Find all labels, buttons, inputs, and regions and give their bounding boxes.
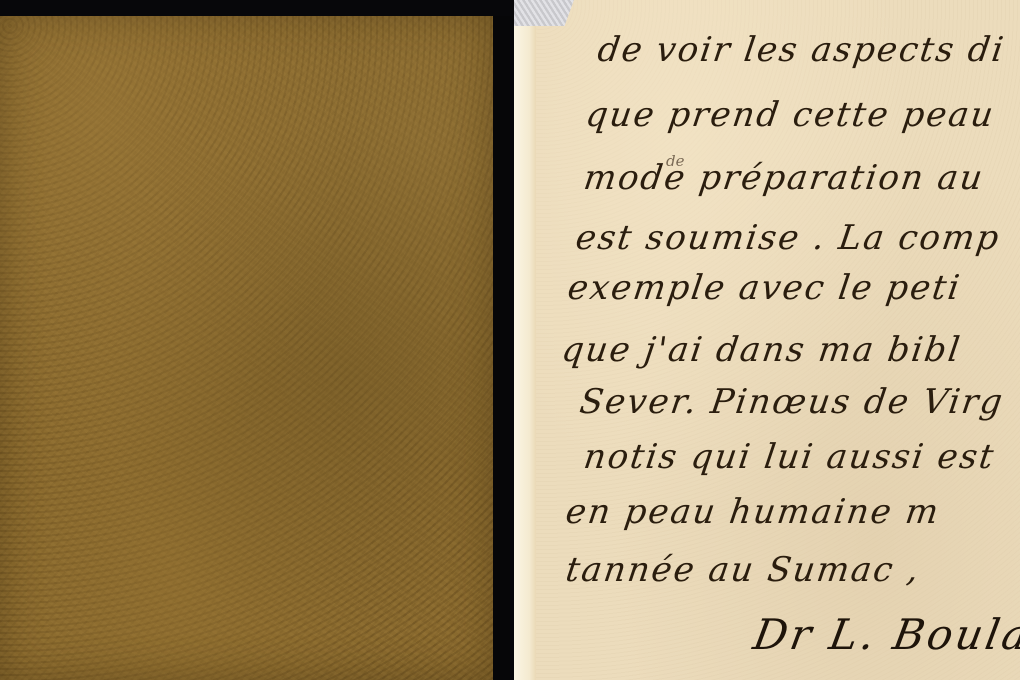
letter-line-2: que prend cette peau [583,95,997,135]
letter-line-1: de voir les aspects di [595,30,1007,70]
fabric-corner [514,0,574,26]
leather-cover [0,16,493,680]
letter-line-9: en peau humaine m [563,492,943,532]
letter-line-3: mode préparation au [581,158,987,198]
letter-line-5: exemple avec le peti [565,268,964,308]
letter-line-6: que j'ai dans ma bibl [559,330,964,370]
book-cover-photo [0,0,514,680]
letter-line-8: notis qui lui aussi est [581,437,998,477]
signature: Dr L. Boulan [750,610,1020,659]
letter-margin [514,22,536,680]
letter-line-4: est soumise . La comp [573,218,1003,258]
letter-line-10: tannée au Sumac , [563,550,923,590]
cover-border [493,16,514,680]
handwritten-letter-photo: de voir les aspects di que prend cette p… [514,0,1020,680]
letter-line-7: Sever. Pinœus de Virg [577,382,1006,422]
